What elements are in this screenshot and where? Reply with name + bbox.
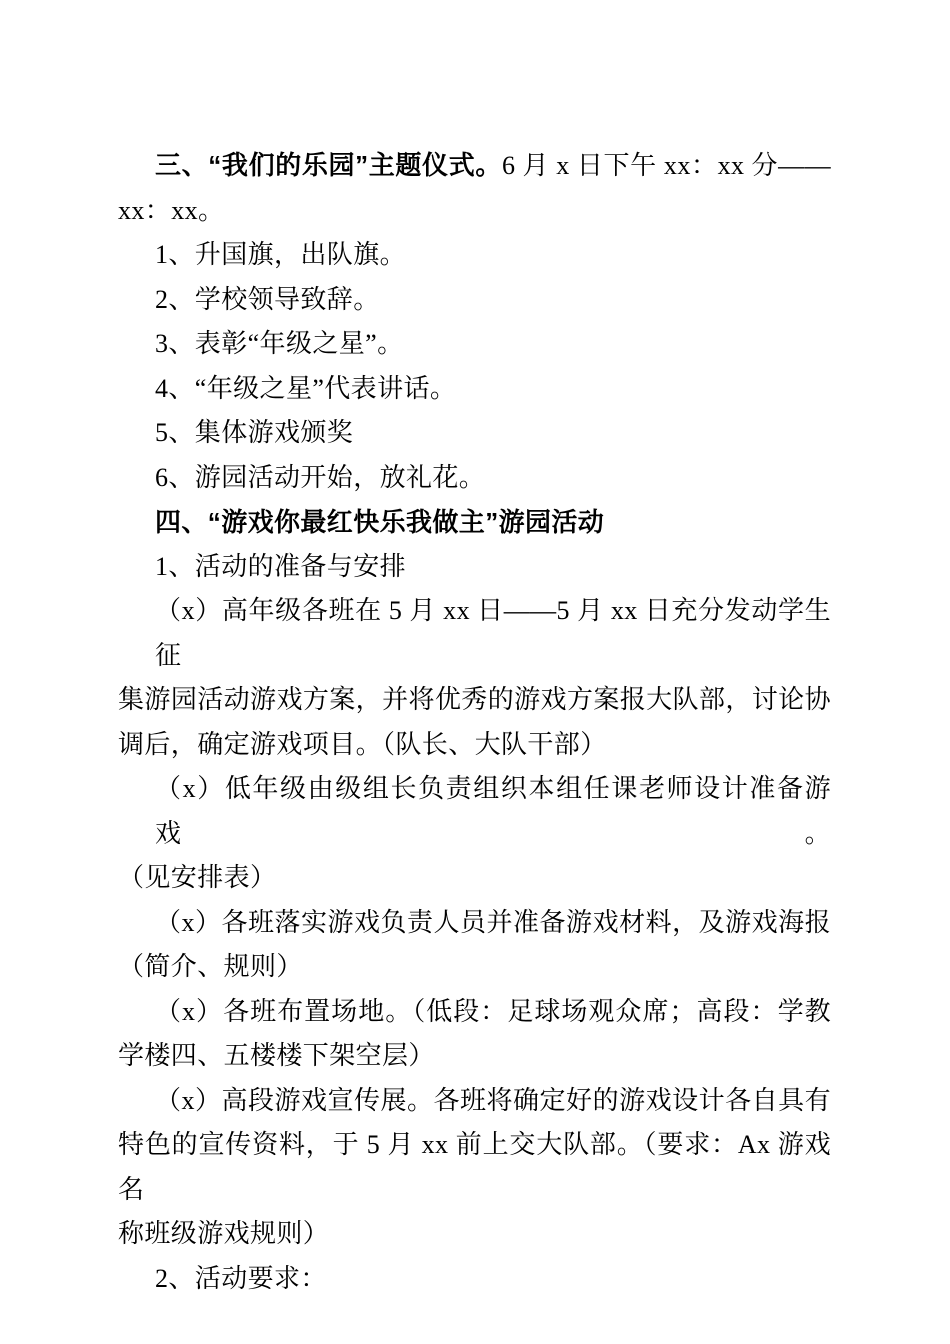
paragraph-game-exhibition-line-3: 称班级游戏规则） bbox=[118, 1212, 831, 1257]
paragraph-senior-grade-line-1: （x）高年级各班在 5 月 xx 日——5 月 xx 日充分发动学生征 bbox=[118, 589, 831, 678]
section-3-heading-line: 三、“我们的乐园”主题仪式。6 月 x 日下午 xx：xx 分—— bbox=[118, 143, 831, 189]
document-page: 三、“我们的乐园”主题仪式。6 月 x 日下午 xx：xx 分—— xx：xx。… bbox=[0, 0, 950, 1344]
section-3-heading-time-text: 6 月 x 日下午 xx：xx 分—— bbox=[502, 151, 831, 180]
paragraph-game-exhibition-line-1: （x）高段游戏宣传展。各班将确定好的游戏设计各自具有 bbox=[118, 1079, 831, 1124]
paragraph-venue-setup-line-1: （x）各班布置场地。（低段：足球场观众席；高段：学教 bbox=[118, 990, 831, 1035]
paragraph-game-exhibition-line-2: 特色的宣传资料，于 5 月 xx 前上交大队部。（要求：Ax 游戏名 bbox=[118, 1123, 831, 1212]
section-3-heading-bold-text: 三、“我们的乐园”主题仪式。 bbox=[155, 150, 502, 180]
list-item-leader-speech: 2、学校领导致辞。 bbox=[118, 278, 831, 323]
list-item-star-representative-speech: 4、“年级之星”代表讲话。 bbox=[118, 367, 831, 412]
paragraph-class-materials-line-2: （简介、规则） bbox=[118, 945, 831, 990]
section-4-heading-line: 四、“游戏你最红快乐我做主”游园活动 bbox=[118, 500, 831, 545]
list-item-preparation-arrangement: 1、活动的准备与安排 bbox=[118, 545, 831, 590]
list-item-group-game-awards: 5、集体游戏颁奖 bbox=[118, 411, 831, 456]
document-body: 三、“我们的乐园”主题仪式。6 月 x 日下午 xx：xx 分—— xx：xx。… bbox=[118, 143, 831, 1301]
paragraph-junior-grade-line-2: （见安排表） bbox=[118, 856, 831, 901]
list-item-commend-stars: 3、表彰“年级之星”。 bbox=[118, 322, 831, 367]
list-item-activity-requirements: 2、活动要求： bbox=[118, 1257, 831, 1302]
paragraph-senior-grade-line-3: 调后，确定游戏项目。（队长、大队干部） bbox=[118, 723, 831, 768]
paragraph-junior-grade-line-1: （x）低年级由级组长负责组织本组任课老师设计准备游戏。 bbox=[118, 767, 831, 856]
paragraph-class-materials-line-1: （x）各班落实游戏负责人员并准备游戏材料，及游戏海报 bbox=[118, 901, 831, 946]
list-item-garden-party-start: 6、游园活动开始，放礼花。 bbox=[118, 456, 831, 501]
section-3-time-continuation-line: xx：xx。 bbox=[118, 189, 831, 234]
list-item-raise-flag: 1、升国旗，出队旗。 bbox=[118, 233, 831, 278]
paragraph-venue-setup-line-2: 学楼四、五楼楼下架空层） bbox=[118, 1034, 831, 1079]
paragraph-senior-grade-line-2: 集游园活动游戏方案，并将优秀的游戏方案报大队部，讨论协 bbox=[118, 678, 831, 723]
